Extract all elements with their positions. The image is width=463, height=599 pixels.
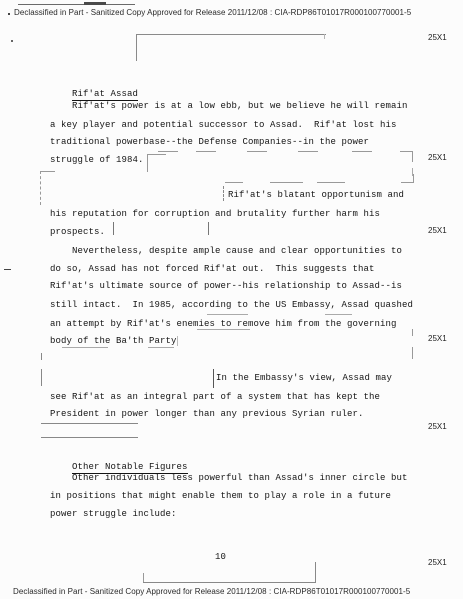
- redaction-mark: [113, 222, 114, 235]
- classification-marking: 25X1: [428, 558, 447, 567]
- body-text-line: Other individuals less powerful than Ass…: [72, 473, 408, 483]
- body-text-line: do so, Assad has not forced Rif'at out. …: [50, 264, 375, 274]
- redaction-mark: [352, 151, 372, 152]
- redaction-mark: [40, 171, 55, 172]
- redaction-mark: [147, 154, 166, 172]
- redaction-mark: [324, 34, 325, 39]
- scan-rule-top: [18, 4, 135, 5]
- redaction-mark: [208, 222, 209, 235]
- scan-dot: [11, 40, 13, 42]
- redaction-mark: [298, 151, 318, 152]
- body-text-line: Rif'at's power is at a low ebb, but we b…: [72, 101, 408, 111]
- redaction-mark: [247, 151, 267, 152]
- redaction-mark: [40, 171, 41, 205]
- redaction-mark: [317, 182, 345, 183]
- page-number: 10: [215, 552, 226, 562]
- redaction-mark: [412, 329, 413, 336]
- redaction-mark: [148, 347, 174, 348]
- body-text-line: a key player and potential successor to …: [50, 120, 397, 130]
- redaction-mark: [270, 182, 303, 183]
- document-page: Declassified in Part - Sanitized Copy Ap…: [0, 0, 463, 599]
- redaction-mark: [41, 437, 138, 438]
- body-text-line: his reputation for corruption and brutal…: [50, 209, 380, 219]
- classification-marking: 25X1: [428, 226, 447, 235]
- body-text-line: struggle of 1984.: [50, 155, 144, 165]
- redaction-mark: [412, 151, 413, 162]
- redaction-mark: [225, 182, 243, 183]
- redaction-mark: [41, 423, 138, 424]
- body-text-line: still intact. In 1985, according to the …: [50, 300, 413, 310]
- body-text-line: an attempt by Rif'at's enemies to remove…: [50, 319, 397, 329]
- classification-marking: 25X1: [428, 153, 447, 162]
- scan-dot: [8, 13, 10, 15]
- body-text-line: body of the Ba'th Party: [50, 336, 177, 346]
- redaction-mark: [41, 353, 42, 360]
- redaction-box-top: [136, 34, 326, 61]
- classification-marking: 25X1: [428, 33, 447, 42]
- body-text-line: Rif'at's blatant opportunism and: [228, 190, 404, 200]
- redaction-mark: [401, 174, 414, 183]
- body-text-line: President in power longer than any previ…: [50, 409, 364, 419]
- body-text-line: Nevertheless, despite ample cause and cl…: [72, 246, 402, 256]
- body-text-line: prospects.: [50, 227, 105, 237]
- redaction-mark: [223, 186, 224, 201]
- redaction-mark: [207, 314, 248, 315]
- redaction-mark: [213, 369, 214, 388]
- body-text-line: power struggle include:: [50, 509, 177, 519]
- body-text-line: see Rif'at as an integral part of a syst…: [50, 392, 380, 402]
- redaction-mark: [4, 269, 11, 270]
- body-text-line: Rif'at's ultimate source of power--his r…: [50, 281, 402, 291]
- redaction-box-bottom: [143, 562, 316, 583]
- redaction-mark: [196, 151, 216, 152]
- body-text-line: traditional powerbase--the Defense Compa…: [50, 137, 369, 147]
- classification-marking: 25X1: [428, 422, 447, 431]
- redaction-mark: [325, 314, 352, 315]
- redaction-mark: [143, 573, 144, 582]
- redaction-mark: [177, 336, 178, 346]
- classification-marking: 25X1: [428, 334, 447, 343]
- header-declassification-line: Declassified in Part - Sanitized Copy Ap…: [14, 8, 411, 17]
- scan-rule-top-dark: [84, 2, 106, 5]
- redaction-mark: [41, 369, 42, 386]
- footer-declassification-line: Declassified in Part - Sanitized Copy Ap…: [13, 587, 410, 596]
- body-text-line: in positions that might enable them to p…: [50, 491, 391, 501]
- section-heading-text: Rif'at Assad: [72, 89, 138, 101]
- redaction-mark: [197, 329, 250, 330]
- redaction-mark: [158, 151, 178, 152]
- redaction-mark: [412, 347, 413, 359]
- redaction-mark: [62, 347, 108, 348]
- body-text-line: In the Embassy's view, Assad may: [216, 373, 392, 383]
